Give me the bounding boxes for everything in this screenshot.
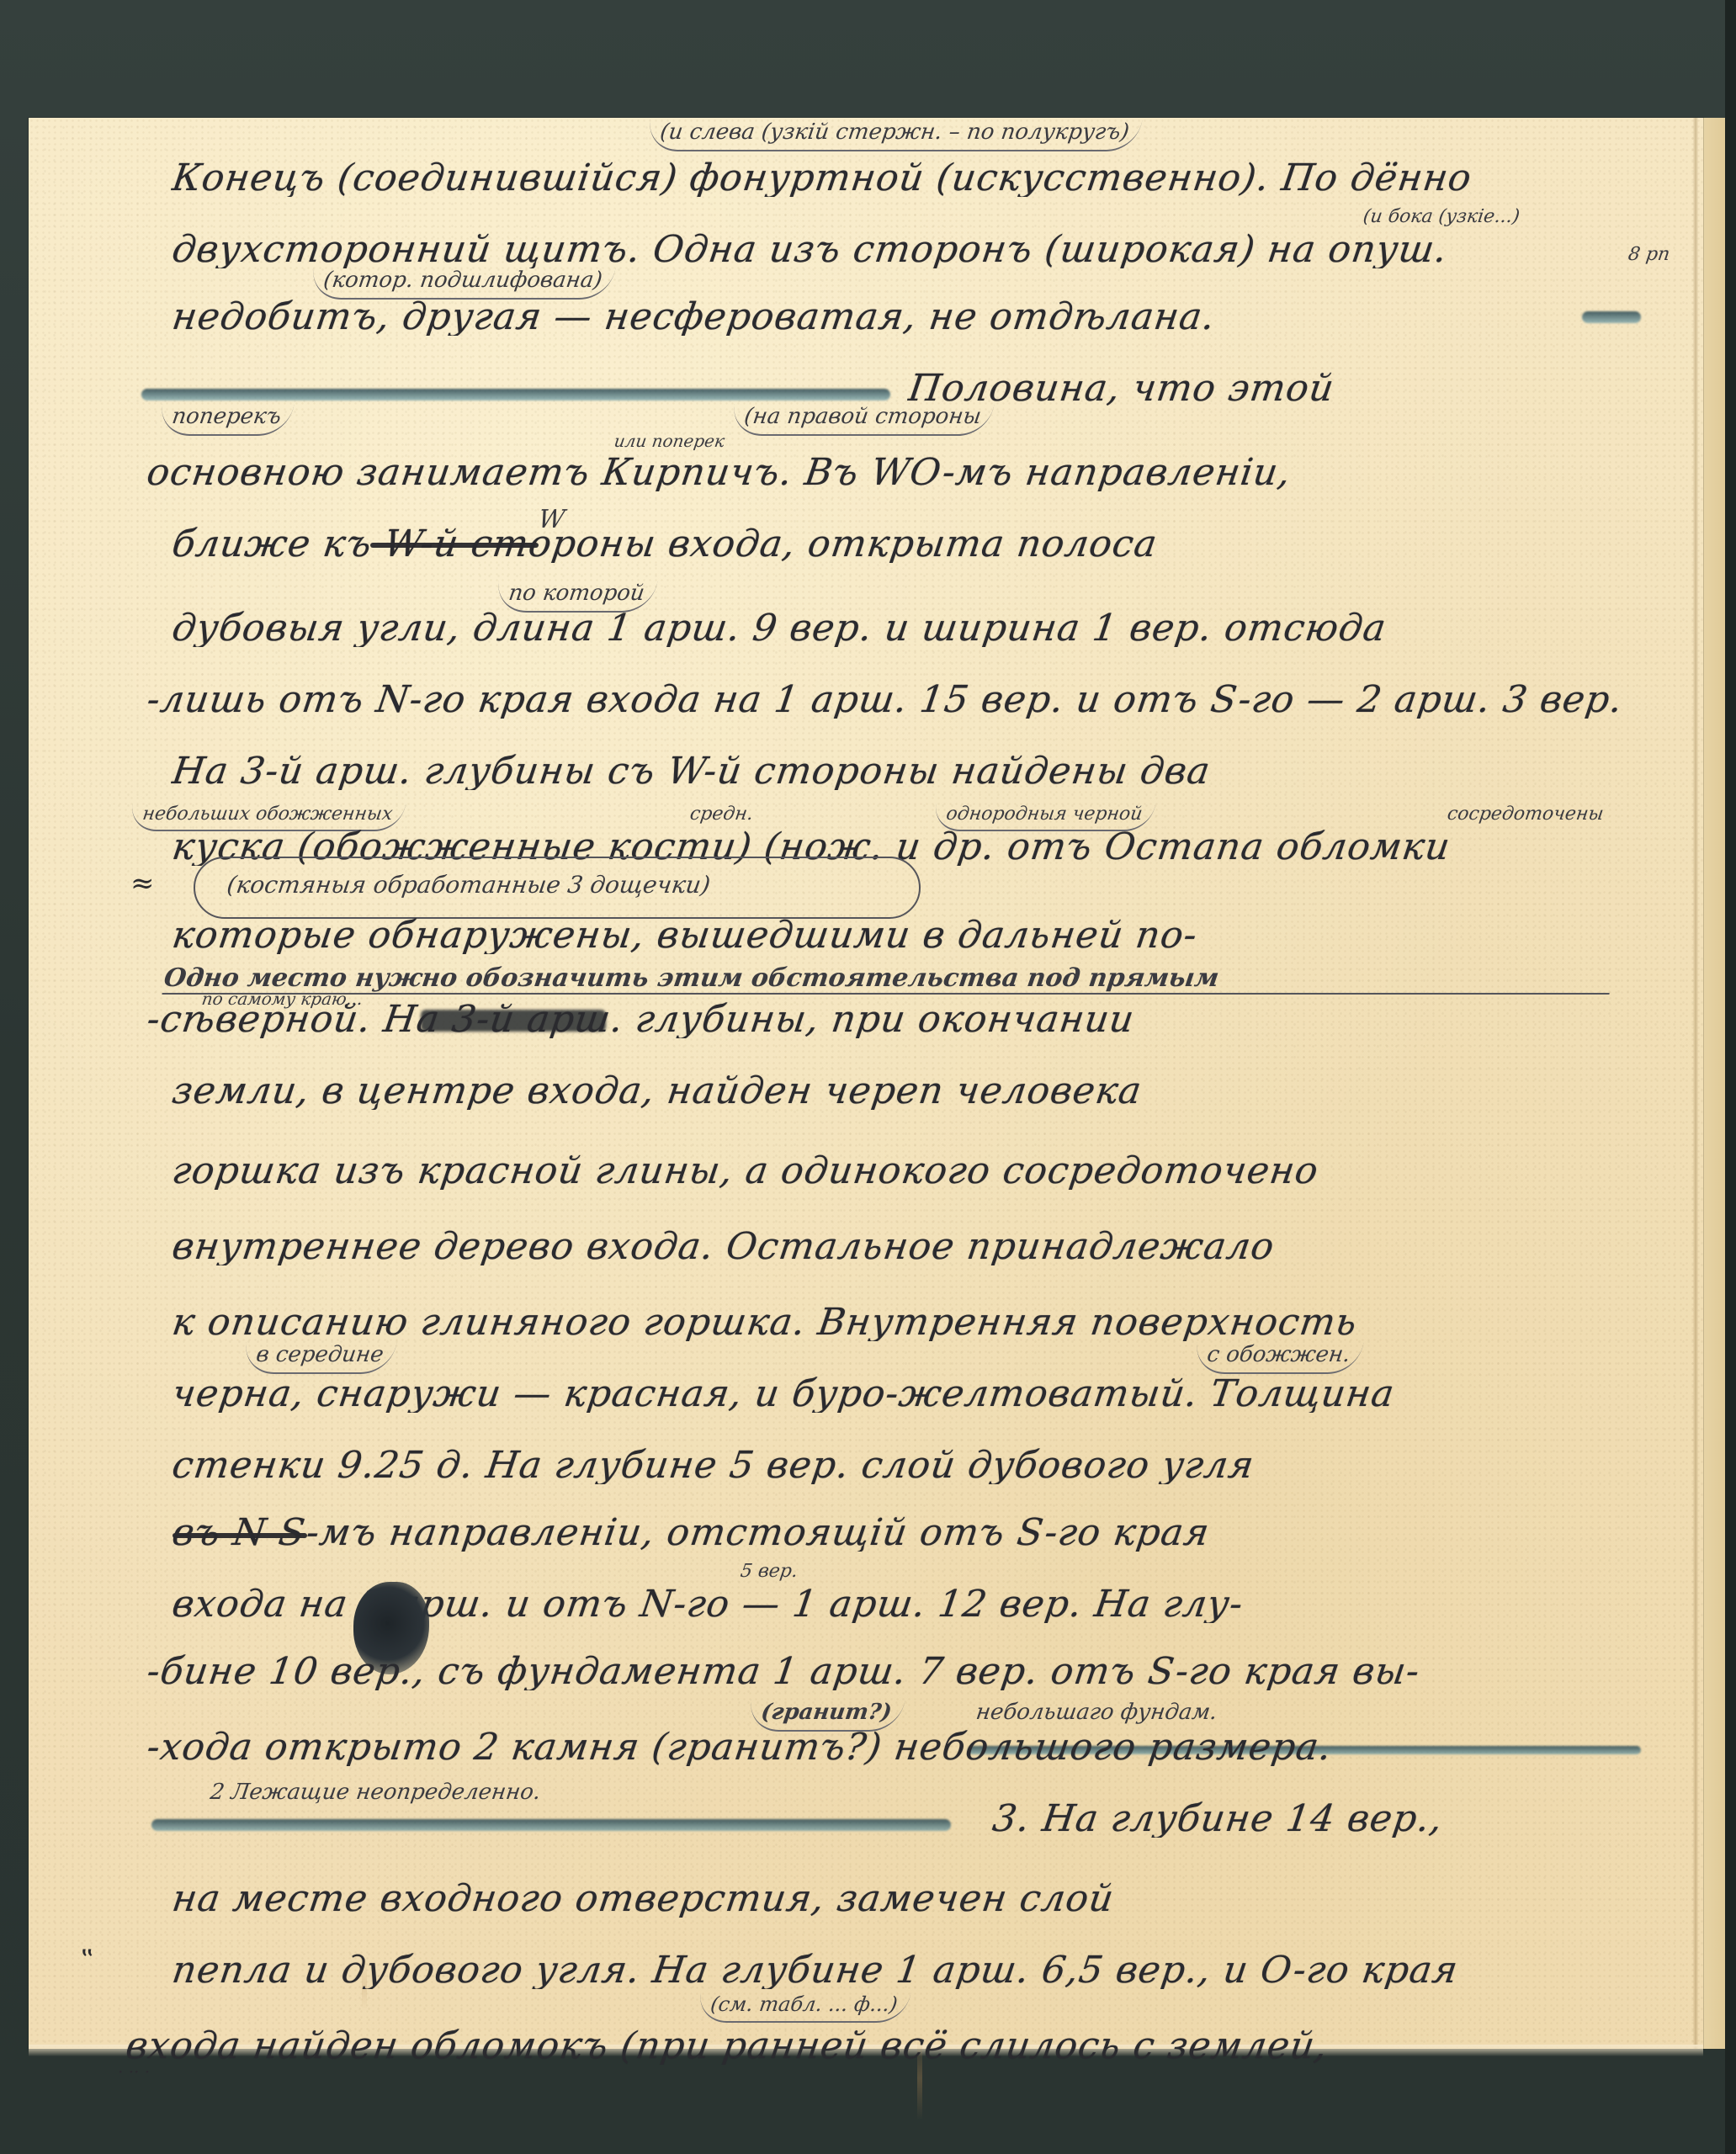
interlinear-insert: (см. табл. ... ф...) — [696, 1992, 910, 2023]
interlinear-insert: однородныя черной — [932, 804, 1155, 831]
interlinear-insert: средн. — [688, 804, 754, 825]
manuscript-line: основною занимаетъ Кирпичъ. Въ WO-мъ нап… — [145, 454, 1631, 491]
manuscript-line: которые обнаружены, вышедшими в дальней … — [170, 917, 1656, 954]
manuscript-line: внутреннее дерево входа. Остальное прина… — [170, 1228, 1656, 1265]
interlinear-insert: (и слева (узкiй стержн. – по полукругъ) — [645, 119, 1142, 151]
interlinear-insert: (на правой стороны — [730, 404, 995, 436]
blue-pencil-strike — [1582, 311, 1641, 323]
interlinear-insert: сосредоточены — [1446, 804, 1605, 825]
manuscript-line: Конецъ (соединившiйся) фонуртной (искусс… — [170, 160, 1656, 197]
manuscript-line: ближе къ W-й стороны входа, открыта поло… — [170, 526, 1656, 563]
manuscript-line: въ N S-мъ направленiи, отстоящiй отъ S-г… — [170, 1515, 1656, 1552]
interlinear-insert: (гранит?) — [746, 1700, 905, 1732]
manuscript-line: дубовыя угли, длина 1 арш. 9 вер. и шири… — [170, 610, 1656, 647]
interlinear-insert: (котор. подшлифована) — [309, 268, 615, 300]
manuscript-line: черна, снаружи — красная, и буро-желтова… — [170, 1376, 1656, 1413]
ink-specks: · ·· · — [118, 2061, 150, 2082]
manuscript-line: входа найден обломокъ (при ранней всё сл… — [124, 2028, 1610, 2065]
interlinear-insert: 5 вер. — [739, 1561, 799, 1582]
interlinear-insert: поперекъ — [157, 404, 295, 436]
circled-insert: (костяныя обработанные 3 дощечки) — [226, 871, 713, 899]
interlinear-insert: небольшаго фундам. — [974, 1700, 1219, 1725]
interlinear-insert: (и бока (узкiе...) — [1362, 206, 1521, 227]
manuscript-line: на месте входного отверстия, замечен сло… — [170, 1881, 1656, 1918]
blue-pencil-strike — [141, 389, 890, 401]
interlinear-insert: небольших обожженных — [129, 804, 406, 831]
interlinear-insert: по которой — [494, 581, 658, 613]
interlinear-insert: в середине — [242, 1342, 396, 1374]
manuscript-text: (и слева (узкiй стержн. – по полукругъ) … — [0, 0, 1736, 2154]
manuscript-line: -бине 10 вер., съ фундамента 1 арш. 7 ве… — [145, 1653, 1631, 1690]
margin-mark: ‟ — [80, 1944, 94, 1977]
manuscript-line: земли, в центре входа, найден череп чело… — [170, 1073, 1656, 1110]
margin-mark: ≈ — [130, 867, 155, 900]
interlinear-insert: 2 Лежащие неопределенно. — [209, 1780, 543, 1805]
blue-pencil-strike — [151, 1819, 951, 1831]
manuscript-line: -хода открыто 2 камня (гранитъ?) небольш… — [145, 1729, 1631, 1766]
manuscript-line: На 3-й арш. глубины съ W-й стороны найде… — [170, 753, 1656, 790]
interlinear-insert: или поперек — [613, 431, 725, 451]
underlined-insert: Одно место нужно обозначить этим обстоят… — [162, 963, 1613, 995]
manuscript-line: 3. На глубине 14 вер., — [990, 1801, 1652, 1838]
manuscript-line: -сѣверной. На 3-й арш. глубины, при окон… — [145, 1001, 1631, 1038]
manuscript-line: Половина, что этой — [906, 370, 1652, 407]
manuscript-line: к описанию глиняного горшка. Внутренняя … — [170, 1304, 1656, 1341]
manuscript-line: стенки 9.25 д. На глубине 5 вер. слой ду… — [170, 1447, 1656, 1484]
manuscript-line: пепла и дубового угля. На глубине 1 арш.… — [170, 1952, 1656, 1989]
interlinear-insert: с обожжен. — [1192, 1342, 1363, 1374]
manuscript-line: двухсторонний щитъ. Одна изъ сторонъ (ши… — [170, 231, 1656, 268]
manuscript-line: -лишь отъ N-го края входа на 1 арш. 15 в… — [145, 682, 1631, 719]
manuscript-line: недобитъ, другая — несфероватая, не отдѣ… — [170, 299, 1656, 336]
manuscript-line: горшка изъ красной глины, а одинокого со… — [170, 1153, 1656, 1190]
